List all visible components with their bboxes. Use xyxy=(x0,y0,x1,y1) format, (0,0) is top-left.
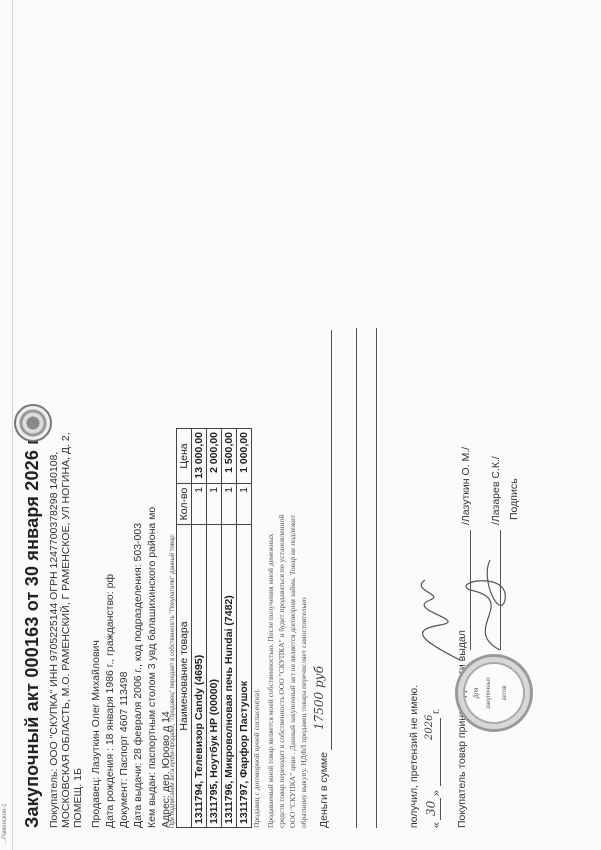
page-margin-line xyxy=(12,0,13,850)
seller-birth: Дата рождения : 18 января 1986 г., гражд… xyxy=(104,574,116,828)
terms-line-4: ООО "СКУПКА" цене . Данный закупочный ак… xyxy=(288,515,297,828)
date-close-quote: » xyxy=(430,790,442,796)
blank-line xyxy=(356,328,357,828)
received-label: получил, претензий не имею. xyxy=(408,685,420,828)
item-price: 2 000,00 xyxy=(207,429,222,484)
document-title: Закупочный акт 000163 от 30 января 2026 … xyxy=(22,434,43,828)
date-suffix: г. xyxy=(430,709,442,714)
seller-sign-line xyxy=(470,530,471,650)
money-line xyxy=(331,330,332,750)
buyer-sign-line xyxy=(500,530,501,650)
table-row: 1311794, Телевизор Candy (4695) 1 13 000… xyxy=(192,429,207,828)
header-note: ...Раменское-1 xyxy=(2,803,8,844)
seller-issue-date: Дата выдачи: 28 февраля 2006 г., код под… xyxy=(132,523,144,828)
buyer-signature-icon xyxy=(450,540,530,660)
item-qty: 1 xyxy=(237,484,252,525)
terms-line-2: Продаваемый мной товар является моей соб… xyxy=(266,534,275,828)
terms-line-3: средств товар переходит в собственность … xyxy=(277,515,286,828)
date-open-quote: « xyxy=(430,822,442,828)
item-price: 1 000,00 xyxy=(237,429,252,484)
date-year-handwritten: 2026 xyxy=(424,715,435,740)
date-month-line xyxy=(440,718,441,786)
buyer-line-3: ПОМЕЩ. 1Б xyxy=(72,768,84,828)
item-price: 13 000,00 xyxy=(192,429,207,484)
table-row: 1311795, Ноутбук HP (00000) 1 2 000,00 xyxy=(207,429,222,828)
item-price: 1 500,00 xyxy=(222,429,237,484)
item-qty: 1 xyxy=(207,484,222,525)
blank-line xyxy=(376,328,377,828)
header-qty: Кол-во xyxy=(177,484,192,525)
item-name: 1311796, Микроволновая печь Hundai (7482… xyxy=(222,525,237,828)
item-qty: 1 xyxy=(192,484,207,525)
document-page: ...Раменское-1 Закупочный акт 000163 от … xyxy=(0,0,601,850)
buyer-line-1: Покупатель: ООО "СКУПКА" ИНН 9705225144 … xyxy=(48,452,60,828)
table-header-row: Наименование товара Кол-во Цена xyxy=(177,429,192,828)
header-name: Наименование товара xyxy=(177,525,192,828)
stamp-text-3: актов xyxy=(502,657,508,729)
terms-line-1: Продавец с договорной ценой согласен(на)… xyxy=(252,689,261,828)
money-amount-handwritten: 17500 руб xyxy=(312,666,326,730)
seller-name: Продавец: Лазуткин Олег Михайлович xyxy=(90,640,102,828)
stamp-text-2: закупочных xyxy=(486,657,492,729)
signature-caption: Подпись xyxy=(508,478,520,520)
seller-issued-by: Кем выдан: паспортным столом 3 увд балаш… xyxy=(146,507,158,828)
terms-line-5: обратному выкупу. НДФЛ продавец товара п… xyxy=(299,597,308,828)
buyer-sign-name: /Лазарев С.К./ xyxy=(490,456,502,525)
table-row: 1311797, Фарфор Пастушок 1 1 000,00 xyxy=(237,429,252,828)
goods-table: Наименование товара Кол-во Цена 1311794,… xyxy=(176,428,252,828)
company-logo-stamp-icon xyxy=(14,404,52,442)
header-price: Цена xyxy=(177,429,192,484)
item-name: 1311794, Телевизор Candy (4695) xyxy=(192,525,207,828)
seller-document: Документ: Паспорт 4607 113498 xyxy=(118,672,130,828)
date-day-line xyxy=(440,798,441,820)
date-day-handwritten: 30 xyxy=(424,801,438,816)
item-name: 1311797, Фарфор Пастушок xyxy=(237,525,252,828)
buyer-line-2: МОСКОВСКАЯ ОБЛАСТЬ, М.О. РАМЕНСКИЙ, Г РА… xyxy=(60,432,72,828)
item-qty: 1 xyxy=(222,484,237,525)
seller-sign-name: /Лазуткин О. М./ xyxy=(460,447,472,525)
item-name: 1311795, Ноутбук HP (00000) xyxy=(207,525,222,828)
table-row: 1311796, Микроволновая печь Hundai (7482… xyxy=(222,429,237,828)
money-label: Деньги в сумме xyxy=(318,752,330,828)
